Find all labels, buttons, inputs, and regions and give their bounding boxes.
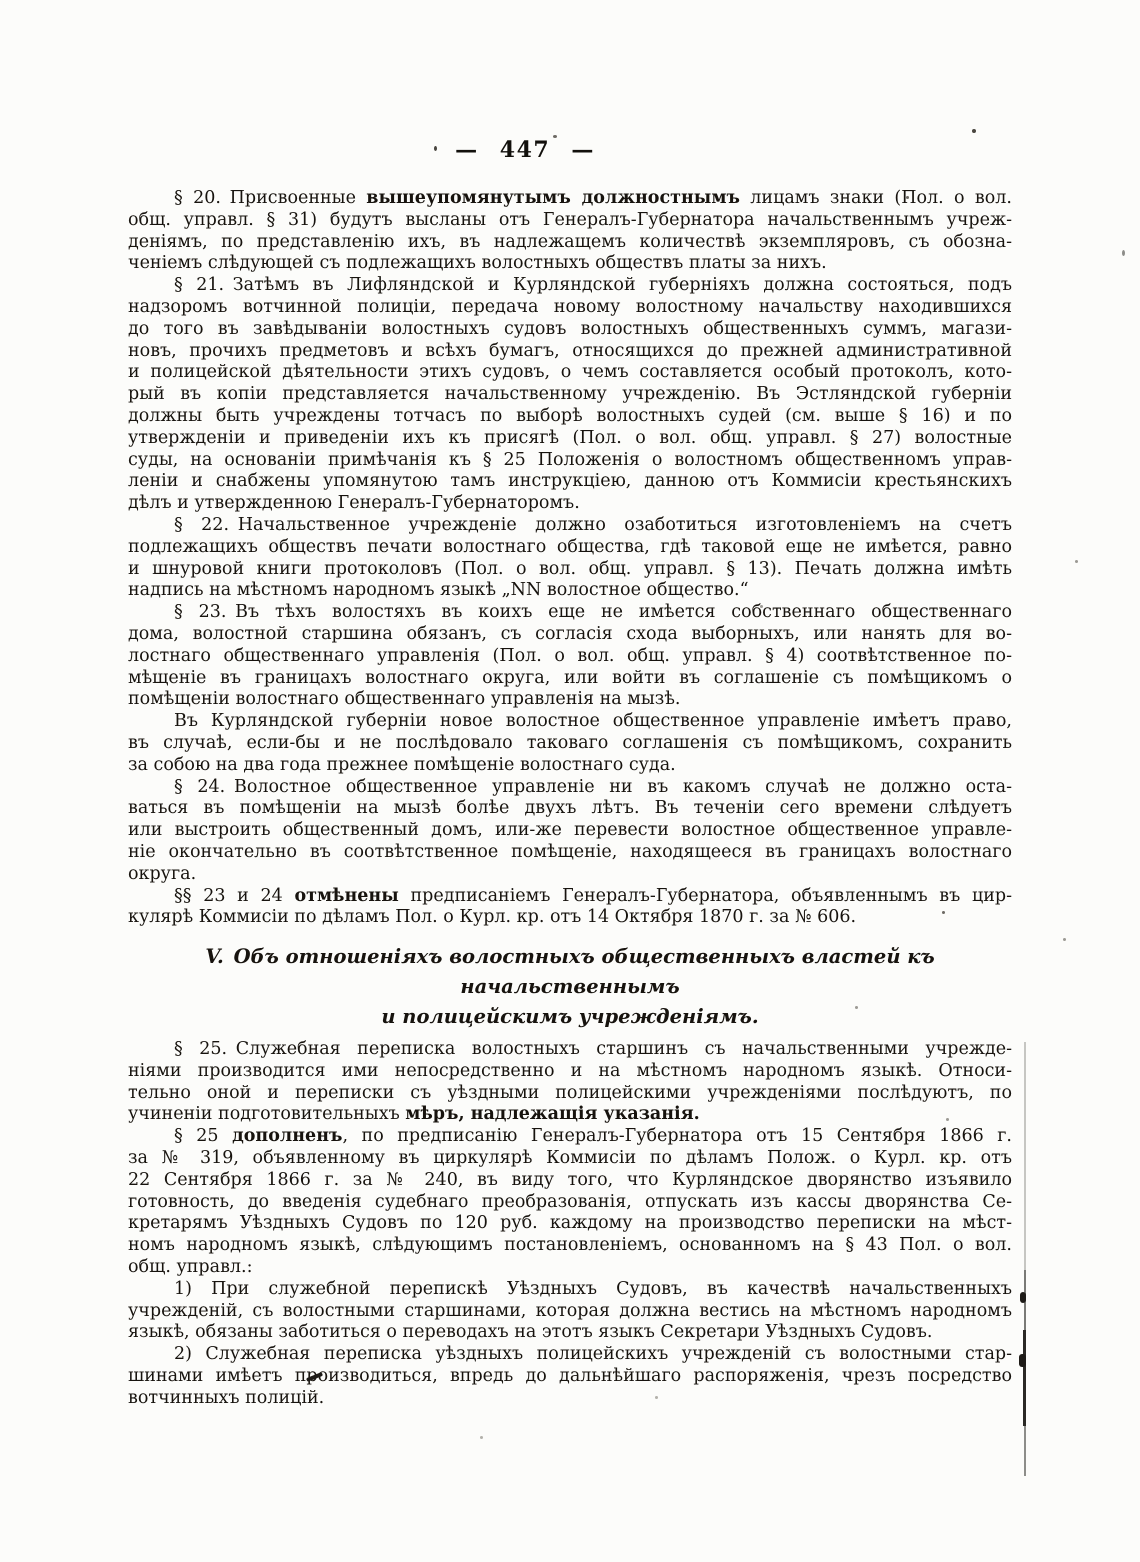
scan-speck [1122, 250, 1125, 256]
text-segment: помѣщеніи волостнаго общественнаго управ… [128, 689, 680, 709]
text-line: новъ, прочихъ предметовъ и всѣхъ бумагъ,… [128, 341, 1012, 363]
text-segment: § 25 [174, 1126, 232, 1146]
text-segment: учиненіи подготовительныхъ [128, 1104, 405, 1124]
text-segment: отмѣнены [294, 886, 398, 906]
scan-speck [972, 129, 976, 133]
text-segment: готовность, до введенія судебнаго преобр… [128, 1192, 1012, 1212]
text-segment: дополненъ [232, 1126, 342, 1146]
text-line: § 25. Служебная переписка волостныхъ ста… [128, 1039, 1012, 1061]
text-line: кулярѣ Коммисіи по дѣламъ Пол. о Курл. к… [128, 907, 1012, 929]
section-heading: V. Объ отношеніяхъ волостныхъ общественн… [128, 942, 1012, 1032]
text-line: и шнуровой книги протоколовъ (Пол. о вол… [128, 559, 1012, 581]
scan-artifact-vertical-line [1023, 1330, 1026, 1426]
para-kurland: Въ Курляндской губерніи новое волостное … [128, 711, 1012, 776]
text-segment: § 21. Затѣмъ въ Лифляндской и Курляндско… [174, 275, 1012, 295]
text-segment: лостнаго общественнаго управленія (Пол. … [128, 646, 1012, 666]
text-line: шинами имѣетъ производиться, впредь до д… [128, 1366, 1012, 1388]
text-line: должны быть учреждены тотчасъ по выборѣ … [128, 406, 1012, 428]
text-segment: 2) Служебная переписка уѣздныхъ полицейс… [174, 1344, 1012, 1364]
text-line: 22 Сентября 1866 г. за № 240, въ виду то… [128, 1170, 1012, 1192]
scan-artifact-vertical-line [1024, 1426, 1026, 1476]
text-line: учиненіи подготовительныхъ мѣръ, надлежа… [128, 1104, 1012, 1126]
text-line: ніями производится ими непосредственно и… [128, 1061, 1012, 1083]
text-segment: подлежащихъ обществъ печати волостнаго о… [128, 537, 1012, 557]
text-segment: дома, волостной старшина обязанъ, съ сог… [128, 624, 1012, 644]
text-segment: шинами имѣетъ производиться, впредь до д… [128, 1366, 1012, 1386]
text-line: § 24. Волостное общественное управленіе … [128, 777, 1012, 799]
para-s25-supplement: § 25 дополненъ, по предписанію Генералъ-… [128, 1126, 1012, 1279]
text-line: § 20. Присвоенные вышеупомянутымъ должно… [128, 188, 1012, 210]
text-segment: ваться въ помѣщеніи на мызѣ болѣе двухъ … [128, 798, 1012, 818]
text-line: мѣщеніе въ границахъ волостнаго округа, … [128, 668, 1012, 690]
text-line: номъ народномъ языкѣ, слѣдующимъ постано… [128, 1235, 1012, 1257]
text-line: тельно оной и переписки съ уѣздными поли… [128, 1083, 1012, 1105]
text-segment: тельно оной и переписки съ уѣздными поли… [128, 1083, 1012, 1103]
text-line: § 21. Затѣмъ въ Лифляндской и Курляндско… [128, 275, 1012, 297]
text-segment: или выстроить общественный домъ, или-же … [128, 820, 1012, 840]
text-segment: леніи и снабжены упомянутою тамъ инструк… [128, 471, 1012, 491]
text-segment: общ. управл.: [128, 1257, 253, 1277]
text-segment: Въ Курляндской губерніи новое волостное … [174, 711, 1012, 731]
text-line: Въ Курляндской губерніи новое волостное … [128, 711, 1012, 733]
text-line: V. Объ отношеніяхъ волостныхъ общественн… [128, 942, 1012, 1002]
text-line: и полицейской дѣятельности этихъ судовъ,… [128, 362, 1012, 384]
text-line: леніи и снабжены упомянутою тамъ инструк… [128, 471, 1012, 493]
text-line: ченіемъ слѣдующей съ подлежащихъ волостн… [128, 253, 1012, 275]
text-line: кретарямъ Уѣздныхъ Судовъ по 120 руб. ка… [128, 1213, 1012, 1235]
text-segment: § 22. Начальственное учрежденіе должно о… [174, 515, 1012, 535]
text-segment: § 23. Въ тѣхъ волостяхъ въ коихъ еще не … [174, 602, 1012, 622]
text-line: и полицейскимъ учрежденіямъ. [128, 1002, 1012, 1032]
text-segment: мѣръ, надлежащія указанія. [405, 1104, 699, 1124]
text-segment: лицамъ знаки (Пол. о вол. [740, 188, 1012, 208]
text-segment: номъ народномъ языкѣ, слѣдующимъ постано… [128, 1235, 1012, 1255]
text-segment: новъ, прочихъ предметовъ и всѣхъ бумагъ,… [128, 341, 1012, 361]
text-line: помѣщеніи волостнаго общественнаго управ… [128, 689, 1012, 711]
text-line: учрежденій, съ волостными старшинами, ко… [128, 1301, 1012, 1323]
text-segment: вотчинныхъ полицій. [128, 1388, 324, 1408]
text-segment: учрежденій, съ волостными старшинами, ко… [128, 1301, 1012, 1321]
text-line: дѣлъ и утвержденною Генералъ-Губернаторо… [128, 493, 1012, 515]
para-s24: § 24. Волостное общественное управленіе … [128, 777, 1012, 886]
text-line: § 23. Въ тѣхъ волостяхъ въ коихъ еще не … [128, 602, 1012, 624]
text-line: 2) Служебная переписка уѣздныхъ полицейс… [128, 1344, 1012, 1366]
text-line: дома, волостной старшина обязанъ, съ сог… [128, 624, 1012, 646]
text-segment: ніями производится ими непосредственно и… [128, 1061, 1012, 1081]
scan-speck [1063, 938, 1066, 941]
text-line: ніе окончательно въ соотвѣтственное помѣ… [128, 842, 1012, 864]
text-line: § 25 дополненъ, по предписанію Генералъ-… [128, 1126, 1012, 1148]
scan-artifact-vertical-line [1024, 1270, 1026, 1330]
text-line: § 22. Начальственное учрежденіе должно о… [128, 515, 1012, 537]
text-segment: утвержденіи и приведеніи ихъ къ присягѣ … [128, 428, 1012, 448]
text-line: §§ 23 и 24 отмѣнены предписаніемъ Генера… [128, 886, 1012, 908]
text-segment: мѣщеніе въ границахъ волостнаго округа, … [128, 668, 1012, 688]
text-segment: 1) При служебной перепискѣ Уѣздныхъ Судо… [174, 1279, 1012, 1299]
para-s20: § 20. Присвоенные вышеупомянутымъ должно… [128, 188, 1012, 275]
text-segment: до того въ завѣдываніи волостныхъ судовъ… [128, 319, 1012, 339]
text-segment: кулярѣ Коммисіи по дѣламъ Пол. о Курл. к… [128, 907, 856, 927]
text-line: вотчинныхъ полицій. [128, 1388, 1012, 1410]
text-line: или выстроить общественный домъ, или-же … [128, 820, 1012, 842]
para-s22: § 22. Начальственное учрежденіе должно о… [128, 515, 1012, 602]
text-segment: 22 Сентября 1866 г. за № 240, въ виду то… [128, 1170, 1012, 1190]
text-segment: суды, на основаніи примѣчанія къ § 25 По… [128, 450, 1012, 470]
text-segment: дѣлъ и утвержденною Генералъ-Губернаторо… [128, 493, 580, 513]
text-segment: за № 319, объявленному въ циркулярѣ Комм… [128, 1148, 1012, 1168]
text-line: надпись на мѣстномъ народномъ языкѣ „NN … [128, 580, 1012, 602]
text-segment: деніямъ, по представленію ихъ, въ надлеж… [128, 232, 1012, 252]
text-segment: надзоромъ вотчинной полиціи, передача но… [128, 297, 1012, 317]
text-line: округа. [128, 864, 1012, 886]
text-segment: должны быть учреждены тотчасъ по выборѣ … [128, 406, 1012, 426]
text-line: надзоромъ вотчинной полиціи, передача но… [128, 297, 1012, 319]
text-line: деніямъ, по представленію ихъ, въ надлеж… [128, 232, 1012, 254]
para-s23-24-note: §§ 23 и 24 отмѣнены предписаніемъ Генера… [128, 886, 1012, 930]
text-segment: общ. управл. § 31) будутъ высланы отъ Ге… [128, 210, 1012, 230]
para-item-1: 1) При служебной перепискѣ Уѣздныхъ Судо… [128, 1279, 1012, 1344]
para-item-2: 2) Служебная переписка уѣздныхъ полицейс… [128, 1344, 1012, 1409]
text-segment: , по предписанію Генералъ-Губернатора от… [342, 1126, 1012, 1146]
text-segment: рый въ копіи представляется начальственн… [128, 384, 1012, 404]
text-segment: въ случаѣ, если-бы и не послѣдовало тако… [128, 733, 1012, 753]
scan-speck [1075, 560, 1078, 563]
text-line: суды, на основаніи примѣчанія къ § 25 По… [128, 450, 1012, 472]
document-page: — 447 — § 20. Присвоенные вышеупомянутым… [0, 0, 1140, 1562]
text-line: подлежащихъ обществъ печати волостнаго о… [128, 537, 1012, 559]
text-segment: вышеупомянутымъ должностнымъ [366, 188, 740, 208]
text-segment: ченіемъ слѣдующей съ подлежащихъ волостн… [128, 253, 827, 273]
text-line: общ. управл.: [128, 1257, 1012, 1279]
text-line: 1) При служебной перепискѣ Уѣздныхъ Судо… [128, 1279, 1012, 1301]
text-line: языкѣ, обязаны заботиться о переводахъ н… [128, 1322, 1012, 1344]
scan-artifact-ink-blob [1020, 1292, 1026, 1303]
text-segment: ніе окончательно въ соотвѣтственное помѣ… [128, 842, 1012, 862]
text-segment: округа. [128, 864, 196, 884]
text-segment: § 20. Присвоенные [174, 188, 366, 208]
scan-speck [480, 1436, 483, 1439]
text-segment: § 24. Волостное общественное управленіе … [174, 777, 1012, 797]
text-segment: за собою на два года прежнее помѣщеніе в… [128, 755, 676, 775]
text-line: ваться въ помѣщеніи на мызѣ болѣе двухъ … [128, 798, 1012, 820]
para-s21: § 21. Затѣмъ въ Лифляндской и Курляндско… [128, 275, 1012, 515]
text-segment: надпись на мѣстномъ народномъ языкѣ „NN … [128, 580, 749, 600]
text-segment: кретарямъ Уѣздныхъ Судовъ по 120 руб. ка… [128, 1213, 1012, 1233]
text-line: рый въ копіи представляется начальственн… [128, 384, 1012, 406]
page-body: § 20. Присвоенные вышеупомянутымъ должно… [128, 188, 1012, 1410]
para-s23: § 23. Въ тѣхъ волостяхъ въ коихъ еще не … [128, 602, 1012, 711]
scan-artifact-vertical-line [1024, 1042, 1026, 1270]
scan-artifact-ink-blob [1019, 1354, 1026, 1367]
text-segment: и полицейскимъ учрежденіямъ. [381, 1005, 758, 1028]
text-segment: § 25. Служебная переписка волостныхъ ста… [174, 1039, 1012, 1059]
text-segment: языкѣ, обязаны заботиться о переводахъ н… [128, 1322, 932, 1342]
text-segment: и шнуровой книги протоколовъ (Пол. о вол… [128, 559, 1012, 579]
text-line: готовность, до введенія судебнаго преобр… [128, 1192, 1012, 1214]
text-line: до того въ завѣдываніи волостныхъ судовъ… [128, 319, 1012, 341]
text-line: за № 319, объявленному въ циркулярѣ Комм… [128, 1148, 1012, 1170]
text-segment: предписаніемъ Генералъ-Губернатора, объя… [399, 886, 1012, 906]
text-line: за собою на два года прежнее помѣщеніе в… [128, 755, 1012, 777]
text-segment: §§ 23 и 24 [174, 886, 294, 906]
text-segment: и полицейской дѣятельности этихъ судовъ,… [128, 362, 1012, 382]
text-segment: V. Объ отношеніяхъ волостныхъ общественн… [205, 945, 934, 998]
text-line: утвержденіи и приведеніи ихъ къ присягѣ … [128, 428, 1012, 450]
text-line: въ случаѣ, если-бы и не послѣдовало тако… [128, 733, 1012, 755]
para-s25: § 25. Служебная переписка волостныхъ ста… [128, 1039, 1012, 1126]
text-line: общ. управл. § 31) будутъ высланы отъ Ге… [128, 210, 1012, 232]
text-line: лостнаго общественнаго управленія (Пол. … [128, 646, 1012, 668]
page-number-header: — 447 — [0, 137, 1050, 163]
